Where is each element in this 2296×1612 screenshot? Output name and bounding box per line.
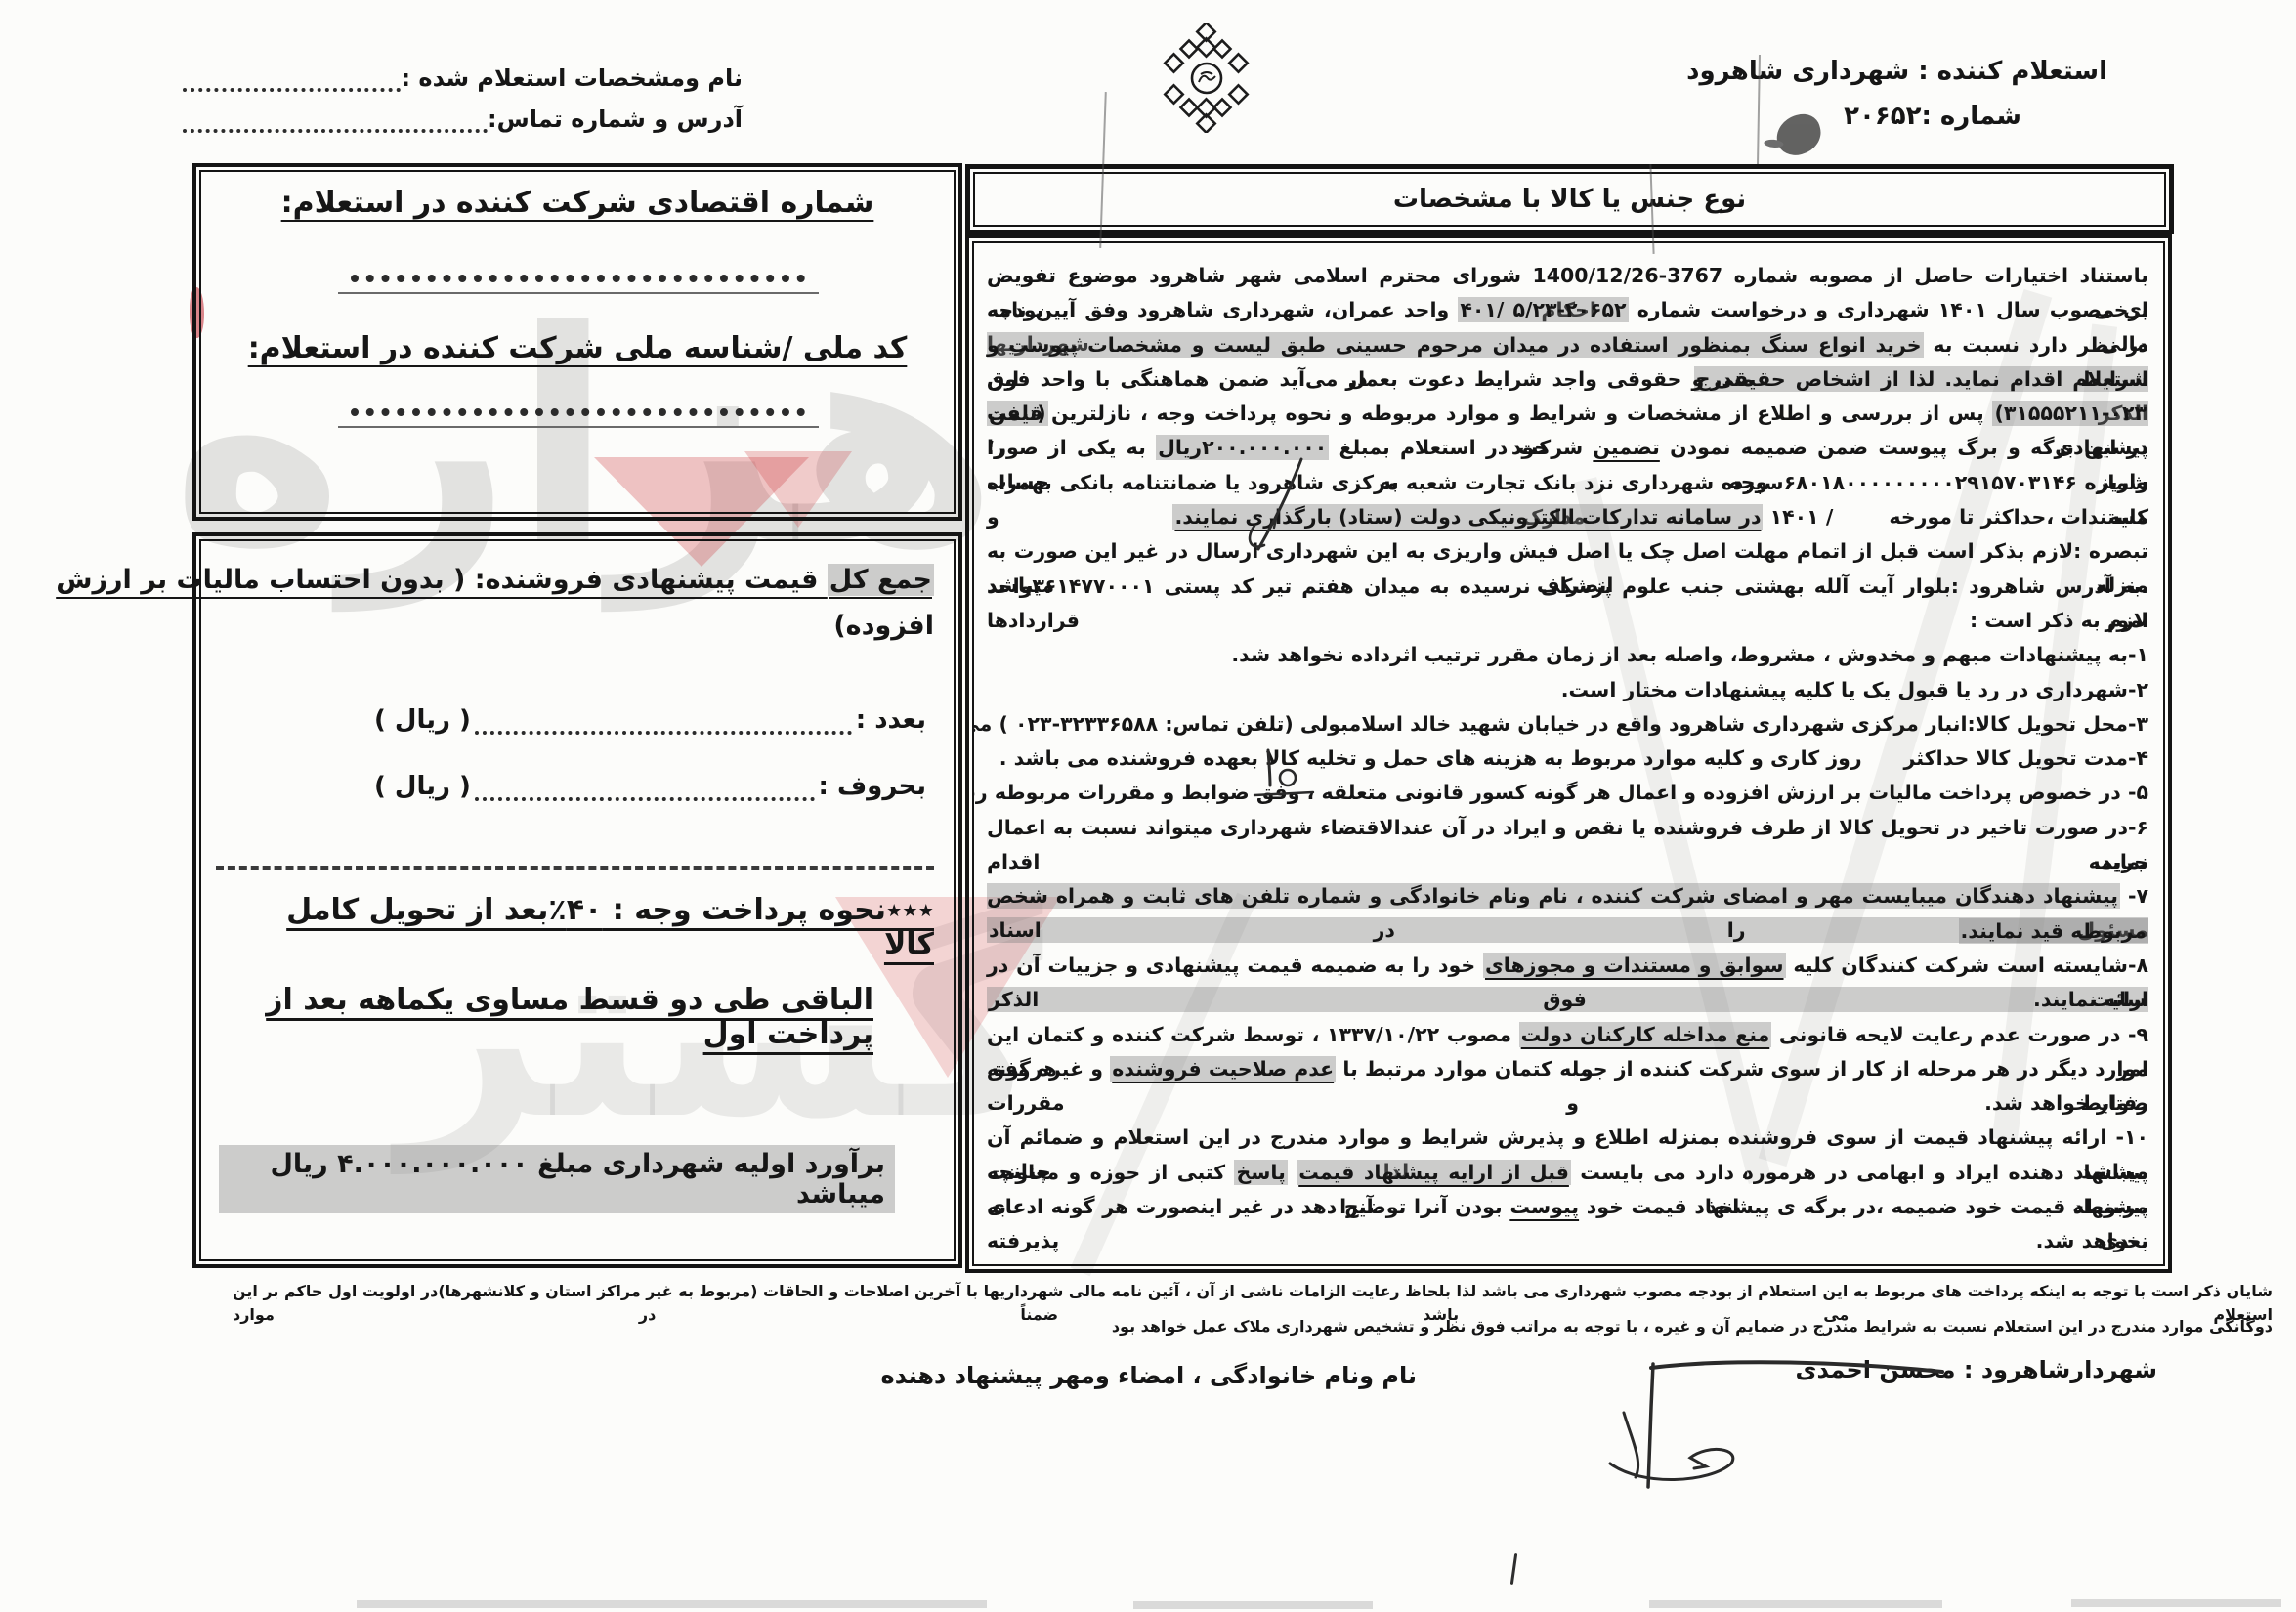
price-words-row: بحروف : ( ریال )	[374, 772, 926, 801]
national-code-label: کد ملی /شناسه ملی شرکت کننده در استعلام:	[248, 331, 908, 365]
text-line: تبصره :لازم بذکر است قبل از اتمام مهلت ا…	[987, 534, 2148, 569]
inquired-name-blank-field[interactable]	[183, 68, 401, 92]
scan-smudge	[357, 1600, 987, 1608]
payment-terms-line2: الباقی طی دو قسط مساوی یکماهه بعد از پرد…	[219, 983, 873, 1051]
due-date-handwriting	[1223, 451, 1326, 561]
price-offer-box: جمع کل قیمت پیشنهادی فروشنده: ( بدون احت…	[192, 532, 962, 1268]
economic-number-blank-field[interactable]	[351, 275, 805, 294]
words-unit: ( ریال )	[374, 772, 471, 801]
national-code-blank-field[interactable]	[351, 408, 805, 428]
price-numeric-row: بعدد : ( ریال )	[374, 705, 926, 735]
text-line: در نظر دارد نسبت به خرید انواع سنگ بمنظو…	[987, 328, 2148, 362]
text-line: ۵- در خصوص پرداخت مالیات بر ارزش افزوده …	[987, 776, 2148, 810]
text-line: باستناد اختیارات حاصل از مصوبه شماره 140…	[987, 259, 2148, 293]
contact-blank-field[interactable]	[183, 109, 488, 133]
proposer-signature-label: نام ونام خانوادگی ، امضاء ومهر پیشنهاد د…	[881, 1362, 1417, 1389]
text-line: موارد دیگر در هر مرحله از کار از سوی شرک…	[987, 1052, 2148, 1086]
text-line: ۱۰- ارائه پیشنهاد قیمت از سوی فروشنده بم…	[987, 1121, 2148, 1155]
goods-type-header-box: نوع جنس یا کالا با مشخصات	[965, 164, 2174, 234]
handwritten-tick	[1510, 1553, 1517, 1585]
text-line: ای مصوب سال ۱۴۰۱ شهرداری و درخواست شماره…	[987, 293, 2148, 327]
inquired-name-label: نام ومشخصات استعلام شده :	[401, 64, 743, 92]
words-price-blank-field[interactable]	[475, 778, 815, 801]
text-line: ۳-محل تحویل کالا:انبار مرکزی شهرداری شاه…	[987, 707, 2148, 742]
total-price-label-continued: افزوده)	[219, 611, 934, 641]
text-line: ۷- پیشنهاد دهندگان میبایست مهر و امضای ش…	[987, 879, 2148, 913]
payment-terms-line1: ٭٭٭نحوه پرداخت وجه : ۴۰٪بعد از تحویل کام…	[246, 893, 934, 961]
goods-type-title: نوع جنس یا کالا با مشخصات	[1393, 185, 1746, 214]
text-line: ۶-در صورت تاخیر در تحویل کالا از طرف فرو…	[987, 811, 2148, 845]
conditions-text: باستناد اختیارات حاصل از مصوبه شماره 140…	[974, 243, 2163, 1259]
economic-number-label: شماره اقتصادی شرکت کننده در استعلام:	[281, 186, 874, 220]
scan-smudge	[2071, 1599, 2281, 1607]
numeric-label: بعدد :	[856, 705, 926, 735]
footer-note-line2: دوگانگی موارد مندرج در این استعلام نسبت …	[684, 1317, 2273, 1336]
total-price-label: جمع کل قیمت پیشنهادی فروشنده: ( بدون احت…	[219, 565, 934, 595]
text-line: ۲-شهرداری در رد یا قبول یک یا کلیه پیشنه…	[987, 673, 2148, 707]
scanned-inquiry-form: هزاره گستر استعلام کننده : شهرداری شاهرو…	[0, 0, 2296, 1612]
text-line: پیشنهاد دهنده ایراد و ابهامی در هرمورد د…	[987, 1156, 2148, 1190]
inquiry-number: شماره :۲۰۶۵۲	[1686, 102, 2021, 131]
participant-ids-box: شماره اقتصادی شرکت کننده در استعلام: کد …	[192, 163, 962, 521]
text-line: پیشنهاد قیمت خود ضمیمه ،در برگه ی پیشنها…	[987, 1190, 2148, 1224]
municipality-logo-icon	[1156, 23, 1257, 133]
mayor-signature-scrawl	[1593, 1346, 1974, 1498]
dashed-divider	[216, 866, 934, 870]
header-inquired-block: نام ومشخصات استعلام شده : آدرس و شماره ت…	[181, 64, 743, 147]
numeric-unit: ( ریال )	[374, 705, 471, 735]
text-line: ۱-به پیشنهادات مبهم و مخدوش ، مشروط، واص…	[987, 638, 2148, 672]
words-label: بحروف :	[819, 772, 927, 801]
text-line: ۸-شایسته است شرکت کنندگان کلیه سوابق و م…	[987, 949, 2148, 983]
text-line: .به آدرس شاهرود :بلوار آیت آلله بهشتی جن…	[987, 570, 2148, 604]
contact-label: آدرس و شماره تماس:	[488, 106, 743, 133]
requester-label: استعلام کننده : شهرداری شاهرود	[1686, 57, 2107, 86]
text-line: شماره ۶۸۰۱۸۰۰۰۰۰۰۰۰۰۲۹۱۵۷۰۳۱۴۶سپرده شهرد…	[987, 466, 2148, 500]
inquiry-conditions-box: باستناد اختیارات حاصل از مصوبه شماره 140…	[965, 234, 2172, 1273]
initial-estimate: برآورد اولیه شهرداری مبلغ ۴.۰۰۰.۰۰۰.۰۰۰ …	[219, 1145, 895, 1213]
delivery-days-handwriting	[1249, 741, 1319, 801]
scan-smudge	[1133, 1601, 1373, 1609]
scan-smudge	[1649, 1600, 1942, 1608]
text-line: استعلام اقدام نماید. لذا از اشخاص حقیقی …	[987, 362, 2148, 397]
text-line: در این برگه و برگ پیوست ضمن ضمیمه نمودن …	[987, 431, 2148, 465]
text-line: ۹- در صورت عدم رعایت لایحه قانونی منع مد…	[987, 1018, 2148, 1052]
text-line: ۳۱۵۵۵۲۱۱-۰۲۳) پس از بررسی و اطلاع از مشخ…	[987, 397, 2148, 431]
header-requester-block: استعلام کننده : شهرداری شاهرود شماره :۲۰…	[1686, 57, 2107, 131]
numeric-price-blank-field[interactable]	[475, 711, 852, 735]
text-line: ۴-مدت تحویل کالا حداکثر روز کاری و کلیه …	[987, 742, 2148, 776]
